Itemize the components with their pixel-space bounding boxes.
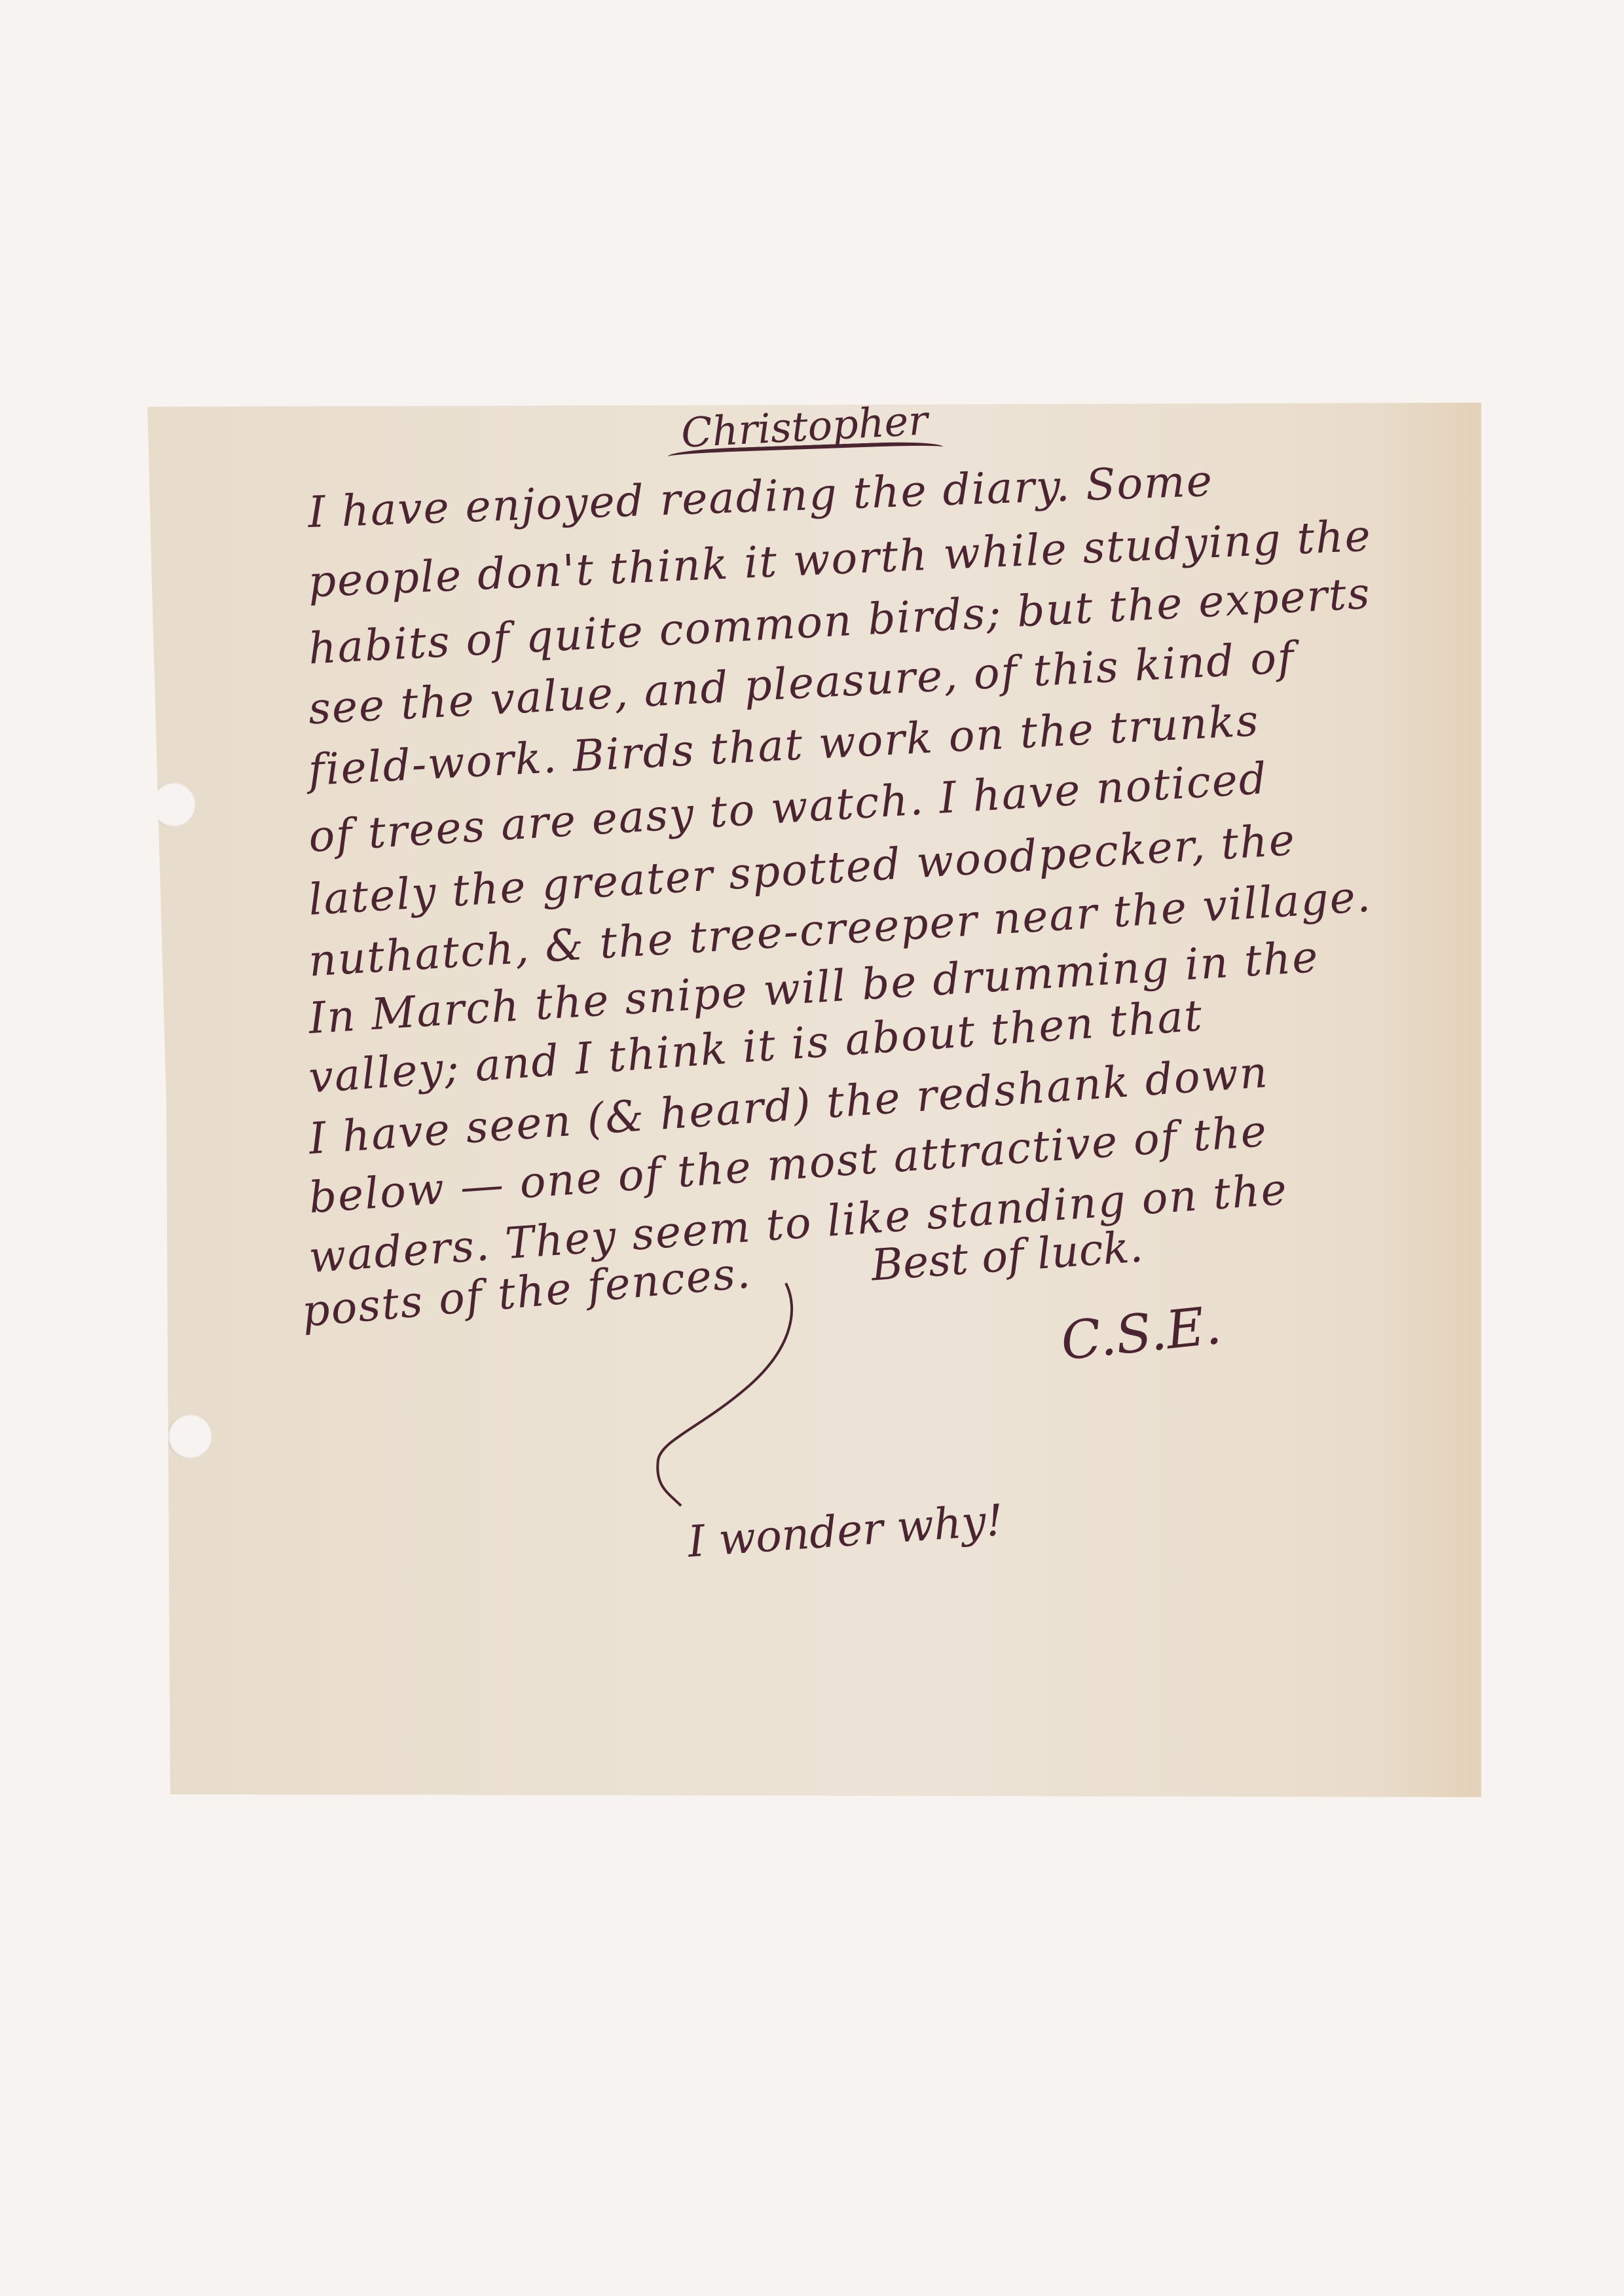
connector-arrow <box>0 0 1624 2296</box>
